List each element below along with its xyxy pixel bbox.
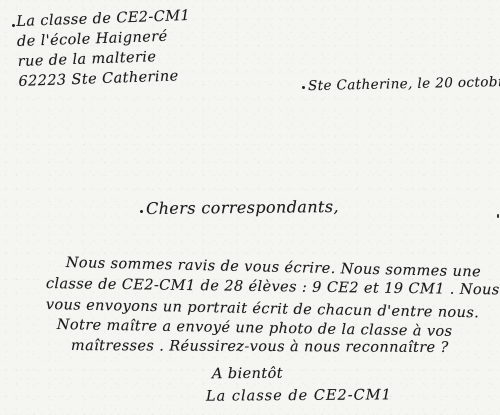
body-line-4: Notre maître a envoyé une photo de la cl… bbox=[57, 317, 453, 340]
body-line-5: maîtresses . Réussirez-vous à nous recon… bbox=[71, 338, 449, 356]
ink-speck bbox=[497, 214, 499, 218]
ink-dot bbox=[12, 24, 15, 27]
closing-signature: La classe de CE2-CM1 bbox=[206, 387, 392, 404]
closing-farewell: A bientôt bbox=[212, 366, 283, 383]
salutation: Chers correspondants, bbox=[146, 197, 339, 218]
sender-address-block: La classe de CE2-CM1 de l'école Haigneré… bbox=[16, 6, 192, 92]
ink-dot bbox=[302, 86, 305, 89]
scanned-letter: La classe de CE2-CM1 de l'école Haigneré… bbox=[0, 0, 500, 415]
ink-dot bbox=[140, 210, 143, 213]
body-line-2: classe de CE2-CM1 de 28 élèves : 9 CE2 e… bbox=[46, 276, 500, 298]
dateline: Ste Catherine, le 20 octobre bbox=[308, 74, 500, 94]
